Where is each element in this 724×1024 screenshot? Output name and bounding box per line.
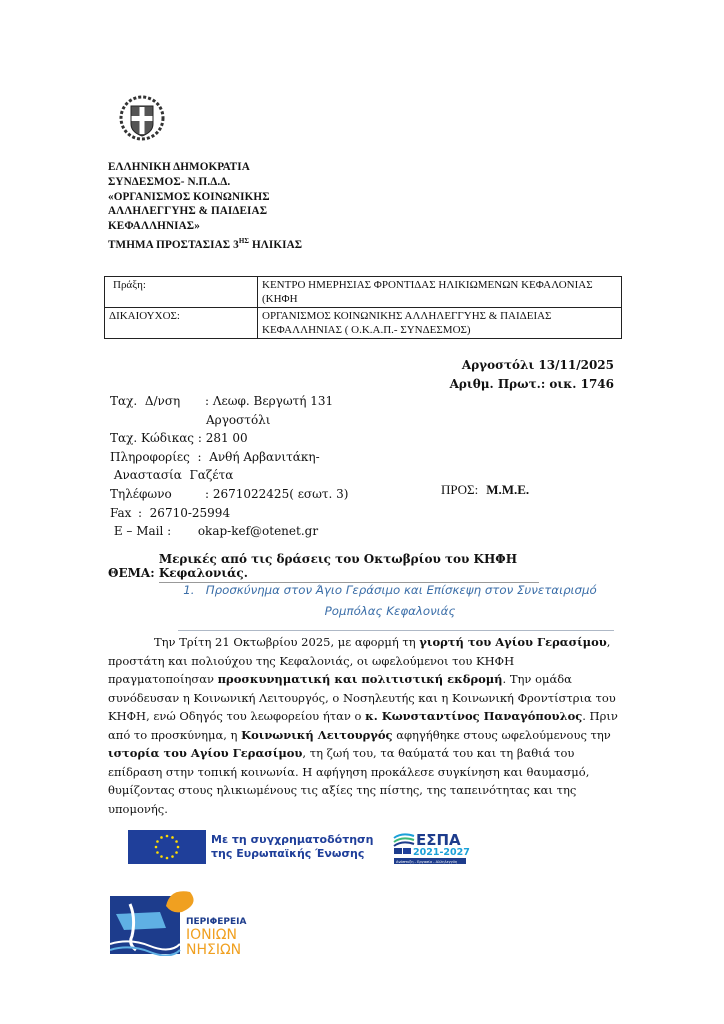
section-title-2: Ρομπόλας Κεφαλονιάς — [170, 601, 610, 622]
body-text-run: αφηγήθηκε στους ωφελούμενους την — [393, 728, 611, 742]
body-text: Την Τρίτη 21 Οκτωβρίου 2025, με αφορμή τ… — [108, 633, 620, 818]
svg-text:Ανάπτυξη - Εργασία - Αλληλεγγύ: Ανάπτυξη - Εργασία - Αλληλεγγύη — [396, 860, 457, 864]
emphasis-text: γιορτή του Αγίου Γερασίμου — [419, 635, 606, 649]
place-date: Αργοστόλι 13/11/2025 — [450, 356, 614, 375]
svg-text:2021-2027: 2021-2027 — [413, 847, 470, 858]
project-info-table: Πράξη: ΚΕΝΤΡΟ ΗΜΕΡΗΣΙΑΣ ΦΡΟΝΤΙΔΑΣ ΗΛΙΚΙΩ… — [104, 276, 622, 339]
emphasis-text: κ. Κωνσταντίνος Παναγόπουλος — [365, 709, 582, 723]
svg-text:ΝΗΣΙΩΝ: ΝΗΣΙΩΝ — [186, 942, 241, 956]
issuer-line: «ΟΡΓΑΝΙΣΜΟΣ ΚΟΙΝΩΝΙΚΗΣ — [108, 190, 302, 205]
body-text-run: Την Τρίτη 21 Οκτωβρίου 2025, με αφορμή τ… — [154, 635, 419, 649]
recipient-value: Μ.Μ.Ε. — [486, 482, 529, 497]
section-number: 1. — [183, 583, 194, 597]
eu-flag-icon — [128, 830, 206, 864]
table-key: Πράξη: — [105, 277, 258, 308]
fax-row: Fax: 26710-25994 — [110, 504, 348, 523]
issuer-line: ΚΕΦΑΛΛΗΝΙΑΣ» — [108, 219, 302, 234]
greek-coat-of-arms-icon — [118, 94, 166, 142]
phone-row: Τηλέφωνο: 2671022425( εσωτ. 3) — [110, 485, 348, 504]
email-row: E – Mail :okap-kef@otenet.gr — [110, 522, 348, 541]
info-row-cont: Αναστασία Γαζέτα — [110, 466, 348, 485]
svg-text:ΠΕΡΙΦΕΡΕΙΑ: ΠΕΡΙΦΕΡΕΙΑ — [186, 917, 247, 927]
emphasis-text: Κοινωνική Λειτουργός — [241, 728, 392, 742]
protocol-number: Αριθμ. Πρωτ.: οικ. 1746 — [450, 375, 614, 394]
eu-cofunding-text: Με τη συγχρηματοδότηση της Ευρωπαϊκής Έν… — [211, 833, 373, 861]
subject-line: ΘΕΜΑ: Μερικές από τις δράσεις του Οκτωβρ… — [108, 552, 539, 583]
document-meta: Αργοστόλι 13/11/2025 Αριθμ. Πρωτ.: οικ. … — [450, 356, 614, 394]
table-row: Πράξη: ΚΕΝΤΡΟ ΗΜΕΡΗΣΙΑΣ ΦΡΟΝΤΙΔΑΣ ΗΛΙΚΙΩ… — [105, 277, 622, 308]
issuer-header: ΕΛΛΗΝΙΚΗ ΔΗΜΟΚΡΑΤΙΑ ΣΥΝΔΕΣΜΟΣ- Ν.Π.Δ.Δ. … — [108, 160, 302, 253]
recipient: ΠΡΟΣ:Μ.Μ.Ε. — [441, 482, 529, 498]
table-key: ΔΙΚΑΙΟΥΧΟΣ: — [105, 308, 258, 339]
issuer-line: ΕΛΛΗΝΙΚΗ ΔΗΜΟΚΡΑΤΙΑ — [108, 160, 302, 175]
section-divider — [178, 630, 614, 631]
issuer-line: ΑΛΛΗΛΕΓΓΥΗΣ & ΠΑΙΔΕΙΑΣ — [108, 204, 302, 219]
email-link[interactable]: okap-kef@otenet.gr — [198, 524, 318, 538]
address-row: Ταχ. Δ/νση: Λεωφ. Βεργωτή 131 — [110, 392, 348, 411]
espa-logo: ΕΣΠΑ 2021-2027 Ανάπτυξη - Εργασία - Αλλη… — [392, 828, 470, 866]
svg-text:ΙΟΝΙΩΝ: ΙΟΝΙΩΝ — [186, 927, 237, 943]
table-row: ΔΙΚΑΙΟΥΧΟΣ: ΟΡΓΑΝΙΣΜΟΣ ΚΟΙΝΩΝΙΚΗΣ ΑΛΛΗΛΕ… — [105, 308, 622, 339]
eu-text-line: Με τη συγχρηματοδότηση — [211, 833, 373, 847]
subject-text: Μερικές από τις δράσεις του Οκτωβρίου το… — [159, 552, 539, 583]
department-line: ΤΜΗΜΑ ΠΡΟΣΤΑΣΙΑΣ 3ΗΣ ΗΛΙΚΙΑΣ — [108, 234, 302, 253]
emphasis-text: προσκυνηματική και πολιτιστική εκδρομή — [218, 672, 503, 686]
section-heading: 1. Προσκύνημα στον Άγιο Γεράσιμο και Επί… — [170, 580, 610, 622]
postcode-row: Ταχ. Κώδικας : 281 00 — [110, 429, 348, 448]
contact-block: Ταχ. Δ/νση: Λεωφ. Βεργωτή 131 Αργοστόλι … — [110, 392, 348, 541]
table-value: ΟΡΓΑΝΙΣΜΟΣ ΚΟΙΝΩΝΙΚΗΣ ΑΛΛΗΛΕΓΓΥΗΣ & ΠΑΙΔ… — [258, 308, 622, 339]
section-title-1: Προσκύνημα στον Άγιο Γεράσιμο και Επίσκε… — [206, 583, 597, 597]
eu-text-line: της Ευρωπαϊκής Ένωσης — [211, 847, 373, 861]
ionian-islands-region-logo: ΠΕΡΙΦΕΡΕΙΑ ΙΟΝΙΩΝ ΝΗΣΙΩΝ — [110, 888, 300, 956]
table-value: ΚΕΝΤΡΟ ΗΜΕΡΗΣΙΑΣ ΦΡΟΝΤΙΔΑΣ ΗΛΙΚΙΩΜΕΝΩΝ Κ… — [258, 277, 622, 308]
body-paragraph: Την Τρίτη 21 Οκτωβρίου 2025, με αφορμή τ… — [108, 633, 620, 818]
info-row: Πληροφορίες : Ανθή Αρβανιτάκη- — [110, 448, 348, 467]
subject-label: ΘΕΜΑ: — [108, 566, 155, 580]
emphasis-text: ιστορία του Αγίου Γερασίμου — [108, 746, 302, 760]
recipient-label: ΠΡΟΣ: — [441, 482, 478, 497]
issuer-line: ΣΥΝΔΕΣΜΟΣ- Ν.Π.Δ.Δ. — [108, 175, 302, 190]
address-city: Αργοστόλι — [110, 411, 348, 430]
